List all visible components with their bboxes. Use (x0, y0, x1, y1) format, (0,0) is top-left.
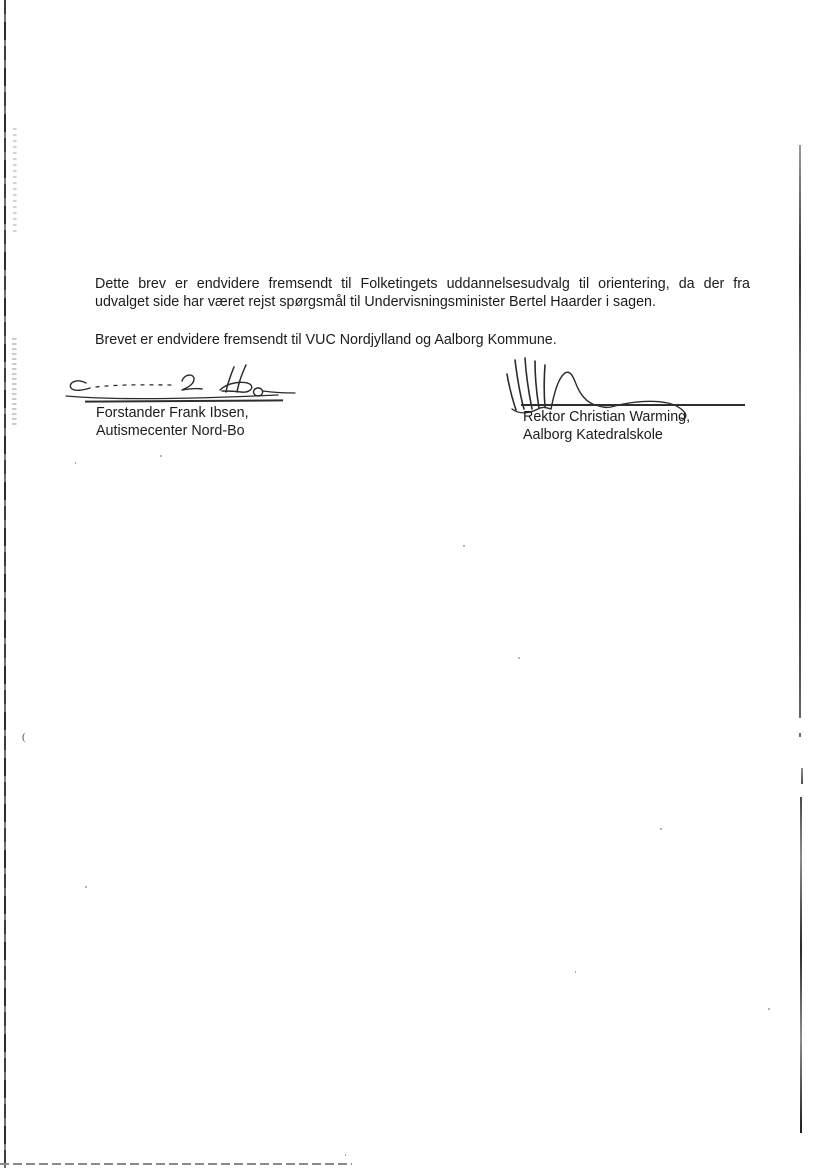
scan-edge-dashes-bottom (0, 1163, 352, 1165)
scan-speck (518, 657, 520, 659)
scan-speck (85, 886, 87, 888)
signatory-name-left: Forstander Frank Ibsen, (96, 404, 249, 422)
scan-speck (660, 828, 662, 830)
scan-edge-line-right-mid (801, 768, 803, 784)
scan-speck (768, 1008, 770, 1010)
signature-line-right (521, 404, 745, 406)
scan-speck (345, 1154, 346, 1156)
body-paragraph-1-line-2: udvalget side har været rejst spørgsmål … (95, 293, 750, 311)
scan-speck (75, 462, 76, 464)
signatory-org-left: Autismecenter Nord-Bo (96, 422, 245, 440)
body-paragraph-1-line-1: Dette brev er endvidere fremsendt til Fo… (95, 275, 750, 293)
scan-speck (575, 971, 576, 973)
scan-edge-dot-right (799, 733, 801, 737)
body-paragraph-2: Brevet er endvidere fremsendt til VUC No… (95, 331, 750, 349)
signatory-name-right: Rektor Christian Warming, (523, 408, 690, 426)
scan-edge-line-left (4, 0, 6, 1168)
scan-edge-line-right-lower (800, 797, 802, 1133)
scan-speck (160, 455, 162, 457)
signatory-org-right: Aalborg Katedralskole (523, 426, 663, 444)
stray-mark: ( (22, 731, 26, 743)
scan-speck (463, 545, 465, 547)
scan-noise-column (13, 128, 19, 233)
scan-noise-column (12, 338, 19, 428)
scan-edge-line-right-upper (799, 145, 801, 718)
scanned-letter-page: Dette brev er endvidere fremsendt til Fo… (0, 0, 825, 1168)
